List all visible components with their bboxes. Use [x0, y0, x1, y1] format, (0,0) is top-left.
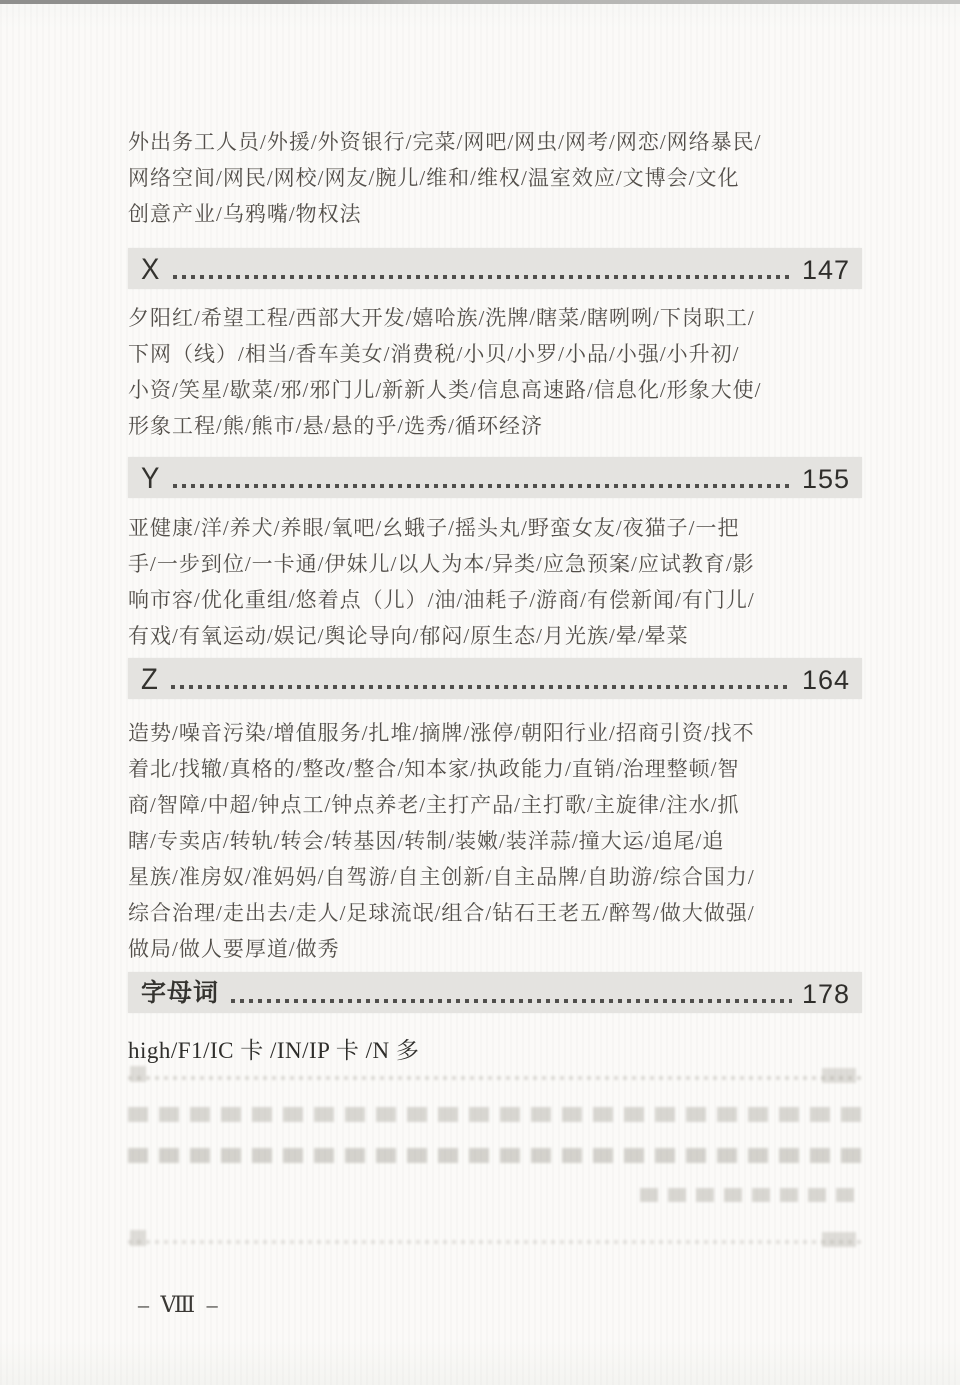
- index-line: 形象工程/熊/熊市/悬/悬的乎/选秀/循环经济: [128, 408, 862, 444]
- section-page-number: 164: [802, 661, 850, 699]
- section-header-zimuci: 字母词 178: [128, 972, 862, 1013]
- bleedthrough-text-row: [128, 1148, 862, 1163]
- index-line: 网络空间/网民/网校/网友/腕儿/维和/维权/温室效应/文博会/文化: [128, 160, 862, 196]
- bleedthrough-mark: [130, 1066, 146, 1082]
- index-line: 综合治理/走出去/走人/足球流氓/组合/钻石王老五/醉驾/做大做强/: [128, 895, 862, 931]
- bleedthrough-leader-line: [128, 1076, 862, 1080]
- index-line: 瞎/专卖店/转轨/转会/转基因/转制/装嫩/装洋蒜/撞大运/追尾/追: [128, 823, 862, 859]
- section-letter: Z: [141, 661, 158, 699]
- index-line: 着北/找辙/真格的/整改/整合/知本家/执政能力/直销/治理整顿/智: [128, 751, 862, 787]
- bleedthrough-page-number: [822, 1068, 856, 1083]
- bleedthrough-text-row: [128, 1107, 862, 1122]
- index-line: 外出务工人员/外援/外资银行/完菜/网吧/网虫/网考/网恋/网络暴民/: [128, 124, 862, 160]
- dotted-leader: [231, 999, 792, 1003]
- section-letter: X: [141, 251, 159, 289]
- index-paragraph-w: 外出务工人员/外援/外资银行/完菜/网吧/网虫/网考/网恋/网络暴民/ 网络空间…: [128, 124, 862, 232]
- scanned-toc-page: 外出务工人员/外援/外资银行/完菜/网吧/网虫/网考/网恋/网络暴民/ 网络空间…: [0, 0, 960, 1385]
- bleedthrough-mark: [130, 1230, 146, 1246]
- bleedthrough-page-number: [822, 1232, 856, 1247]
- index-line: 手/一步到位/一卡通/伊妹儿/以人为本/异类/应急预案/应试教育/影: [128, 546, 862, 582]
- index-line: 做局/做人要厚道/做秀: [128, 931, 862, 967]
- section-page-number: 178: [802, 975, 850, 1013]
- index-line: 创意产业/乌鸦嘴/物权法: [128, 196, 862, 232]
- index-line: 造势/噪音污染/增值服务/扎堆/摘牌/涨停/朝阳行业/招商引资/找不: [128, 715, 862, 751]
- index-paragraph-letter-words: high/F1/IC 卡 /IN/IP 卡 /N 多: [128, 1036, 862, 1066]
- bleedthrough-text-block: [640, 1188, 862, 1202]
- dotted-leader: [171, 685, 792, 689]
- index-line: 星族/准房奴/准妈妈/自驾游/自主创新/自主品牌/自助游/综合国力/: [128, 859, 862, 895]
- index-line: 有戏/有氧运动/娱记/舆论导向/郁闷/原生态/月光族/晕/晕菜: [128, 618, 862, 654]
- section-letter: 字母词: [141, 974, 219, 1013]
- index-line: 响市容/优化重组/悠着点（儿）/油/油耗子/游商/有偿新闻/有门儿/: [128, 582, 862, 618]
- index-line: 小资/笑星/歇菜/邪/邪门儿/新新人类/信息高速路/信息化/形象大使/: [128, 372, 862, 408]
- index-line: 下网（线）/相当/香车美女/消费税/小贝/小罗/小品/小强/小升初/: [128, 336, 862, 372]
- section-page-number: 147: [802, 251, 850, 289]
- index-paragraph-z: 造势/噪音污染/增值服务/扎堆/摘牌/涨停/朝阳行业/招商引资/找不 着北/找辙…: [128, 715, 862, 967]
- dotted-leader: [173, 484, 792, 488]
- index-line: 商/智障/中超/钟点工/钟点养老/主打产品/主打歌/主旋律/注水/抓: [128, 787, 862, 823]
- dotted-leader: [173, 275, 792, 279]
- section-header-y: Y 155: [128, 457, 862, 498]
- index-paragraph-x: 夕阳红/希望工程/西部大开发/嬉哈族/洗牌/瞎菜/瞎咧咧/下岗职工/ 下网（线）…: [128, 300, 862, 444]
- section-page-number: 155: [802, 460, 850, 498]
- index-line: high/F1/IC 卡 /IN/IP 卡 /N 多: [128, 1036, 862, 1066]
- page-number-folio: – Ⅷ –: [138, 1292, 221, 1318]
- index-line: 夕阳红/希望工程/西部大开发/嬉哈族/洗牌/瞎菜/瞎咧咧/下岗职工/: [128, 300, 862, 336]
- bleedthrough-leader-line: [128, 1240, 862, 1244]
- section-header-x: X 147: [128, 248, 862, 289]
- section-header-z: Z 164: [128, 658, 862, 699]
- section-letter: Y: [141, 460, 159, 498]
- index-line: 亚健康/洋/养犬/养眼/氧吧/幺蛾子/摇头丸/野蛮女友/夜猫子/一把: [128, 510, 862, 546]
- index-paragraph-y: 亚健康/洋/养犬/养眼/氧吧/幺蛾子/摇头丸/野蛮女友/夜猫子/一把 手/一步到…: [128, 510, 862, 654]
